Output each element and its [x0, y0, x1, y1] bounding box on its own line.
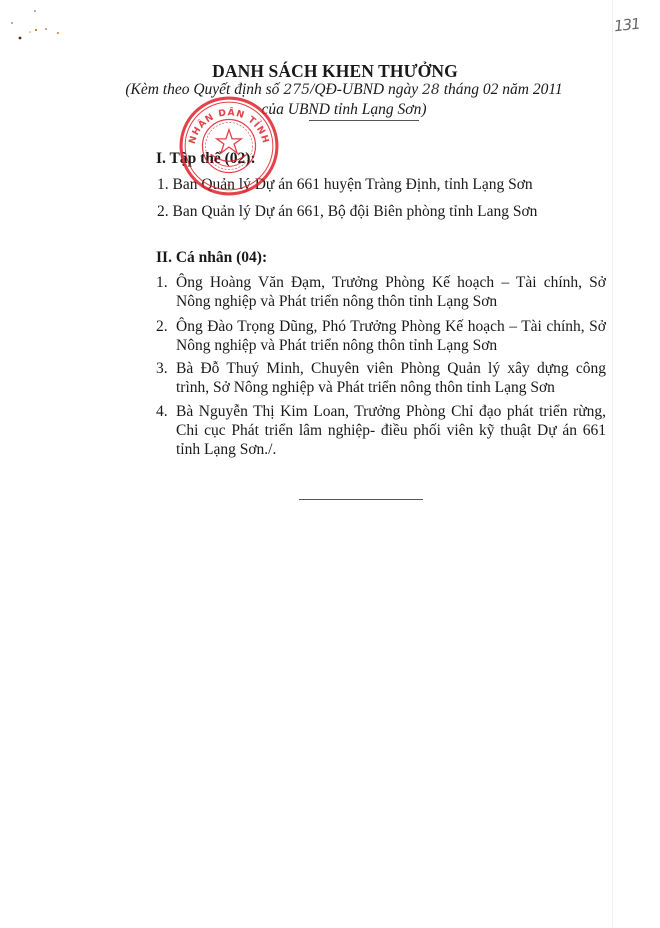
- decision-day: 28: [422, 82, 440, 98]
- list-item: 3. Bà Đỗ Thuý Minh, Chuyên viên Phòng Qu…: [156, 359, 606, 397]
- end-divider: [299, 499, 423, 500]
- section-heading-collective: I. Tập thể (02):: [156, 150, 256, 168]
- scan-edge: [612, 0, 613, 928]
- document-page: 131 DANH SÁCH KHEN THƯỞNG (Kèm theo Quyế…: [0, 0, 660, 928]
- item-text: Bà Đỗ Thuý Minh, Chuyên viên Phòng Quản …: [176, 359, 606, 397]
- item-text: Ông Đào Trọng Dũng, Phó Trưởng Phòng Kế …: [176, 317, 606, 355]
- subtitle-line-2: của UBND tỉnh Lạng Sơn): [28, 100, 660, 120]
- list-item: 2. Ban Quản lý Dự án 661, Bộ đội Biên ph…: [157, 202, 537, 221]
- list-item: 4. Bà Nguyễn Thị Kim Loan, Trưởng Phòng …: [156, 402, 606, 459]
- decision-number: 275: [283, 82, 310, 98]
- document-subtitle: (Kèm theo Quyết định số 275/QĐ-UBND ngày…: [0, 80, 660, 120]
- title-divider: [309, 120, 419, 121]
- item-text: Bà Nguyễn Thị Kim Loan, Trưởng Phòng Chỉ…: [176, 402, 606, 459]
- list-item: 1. Ông Hoàng Văn Đạm, Trưởng Phòng Kế ho…: [156, 273, 606, 311]
- document-title: DANH SÁCH KHEN THƯỞNG: [0, 61, 660, 82]
- subtitle-prefix: (Kèm theo Quyết định số: [125, 81, 283, 98]
- subtitle-mid: /QĐ-UBND ngày: [310, 81, 422, 98]
- subtitle-suffix: tháng 02 năm 2011: [440, 81, 563, 98]
- page-mark: 131: [613, 15, 640, 36]
- item-number: 3.: [156, 359, 176, 397]
- scan-specks-icon: [8, 8, 68, 43]
- section-heading-individual: II. Cá nhân (04):: [156, 249, 267, 267]
- item-number: 4.: [156, 402, 176, 459]
- list-item: 2. Ông Đào Trọng Dũng, Phó Trưởng Phòng …: [156, 317, 606, 355]
- subtitle-line-1: (Kèm theo Quyết định số 275/QĐ-UBND ngày…: [28, 80, 660, 100]
- item-number: 1.: [156, 273, 176, 311]
- item-number: 2.: [156, 317, 176, 355]
- list-item: 1. Ban Quản lý Dự án 661 huyện Tràng Địn…: [157, 175, 533, 194]
- item-text: Ông Hoàng Văn Đạm, Trưởng Phòng Kế hoạch…: [176, 273, 606, 311]
